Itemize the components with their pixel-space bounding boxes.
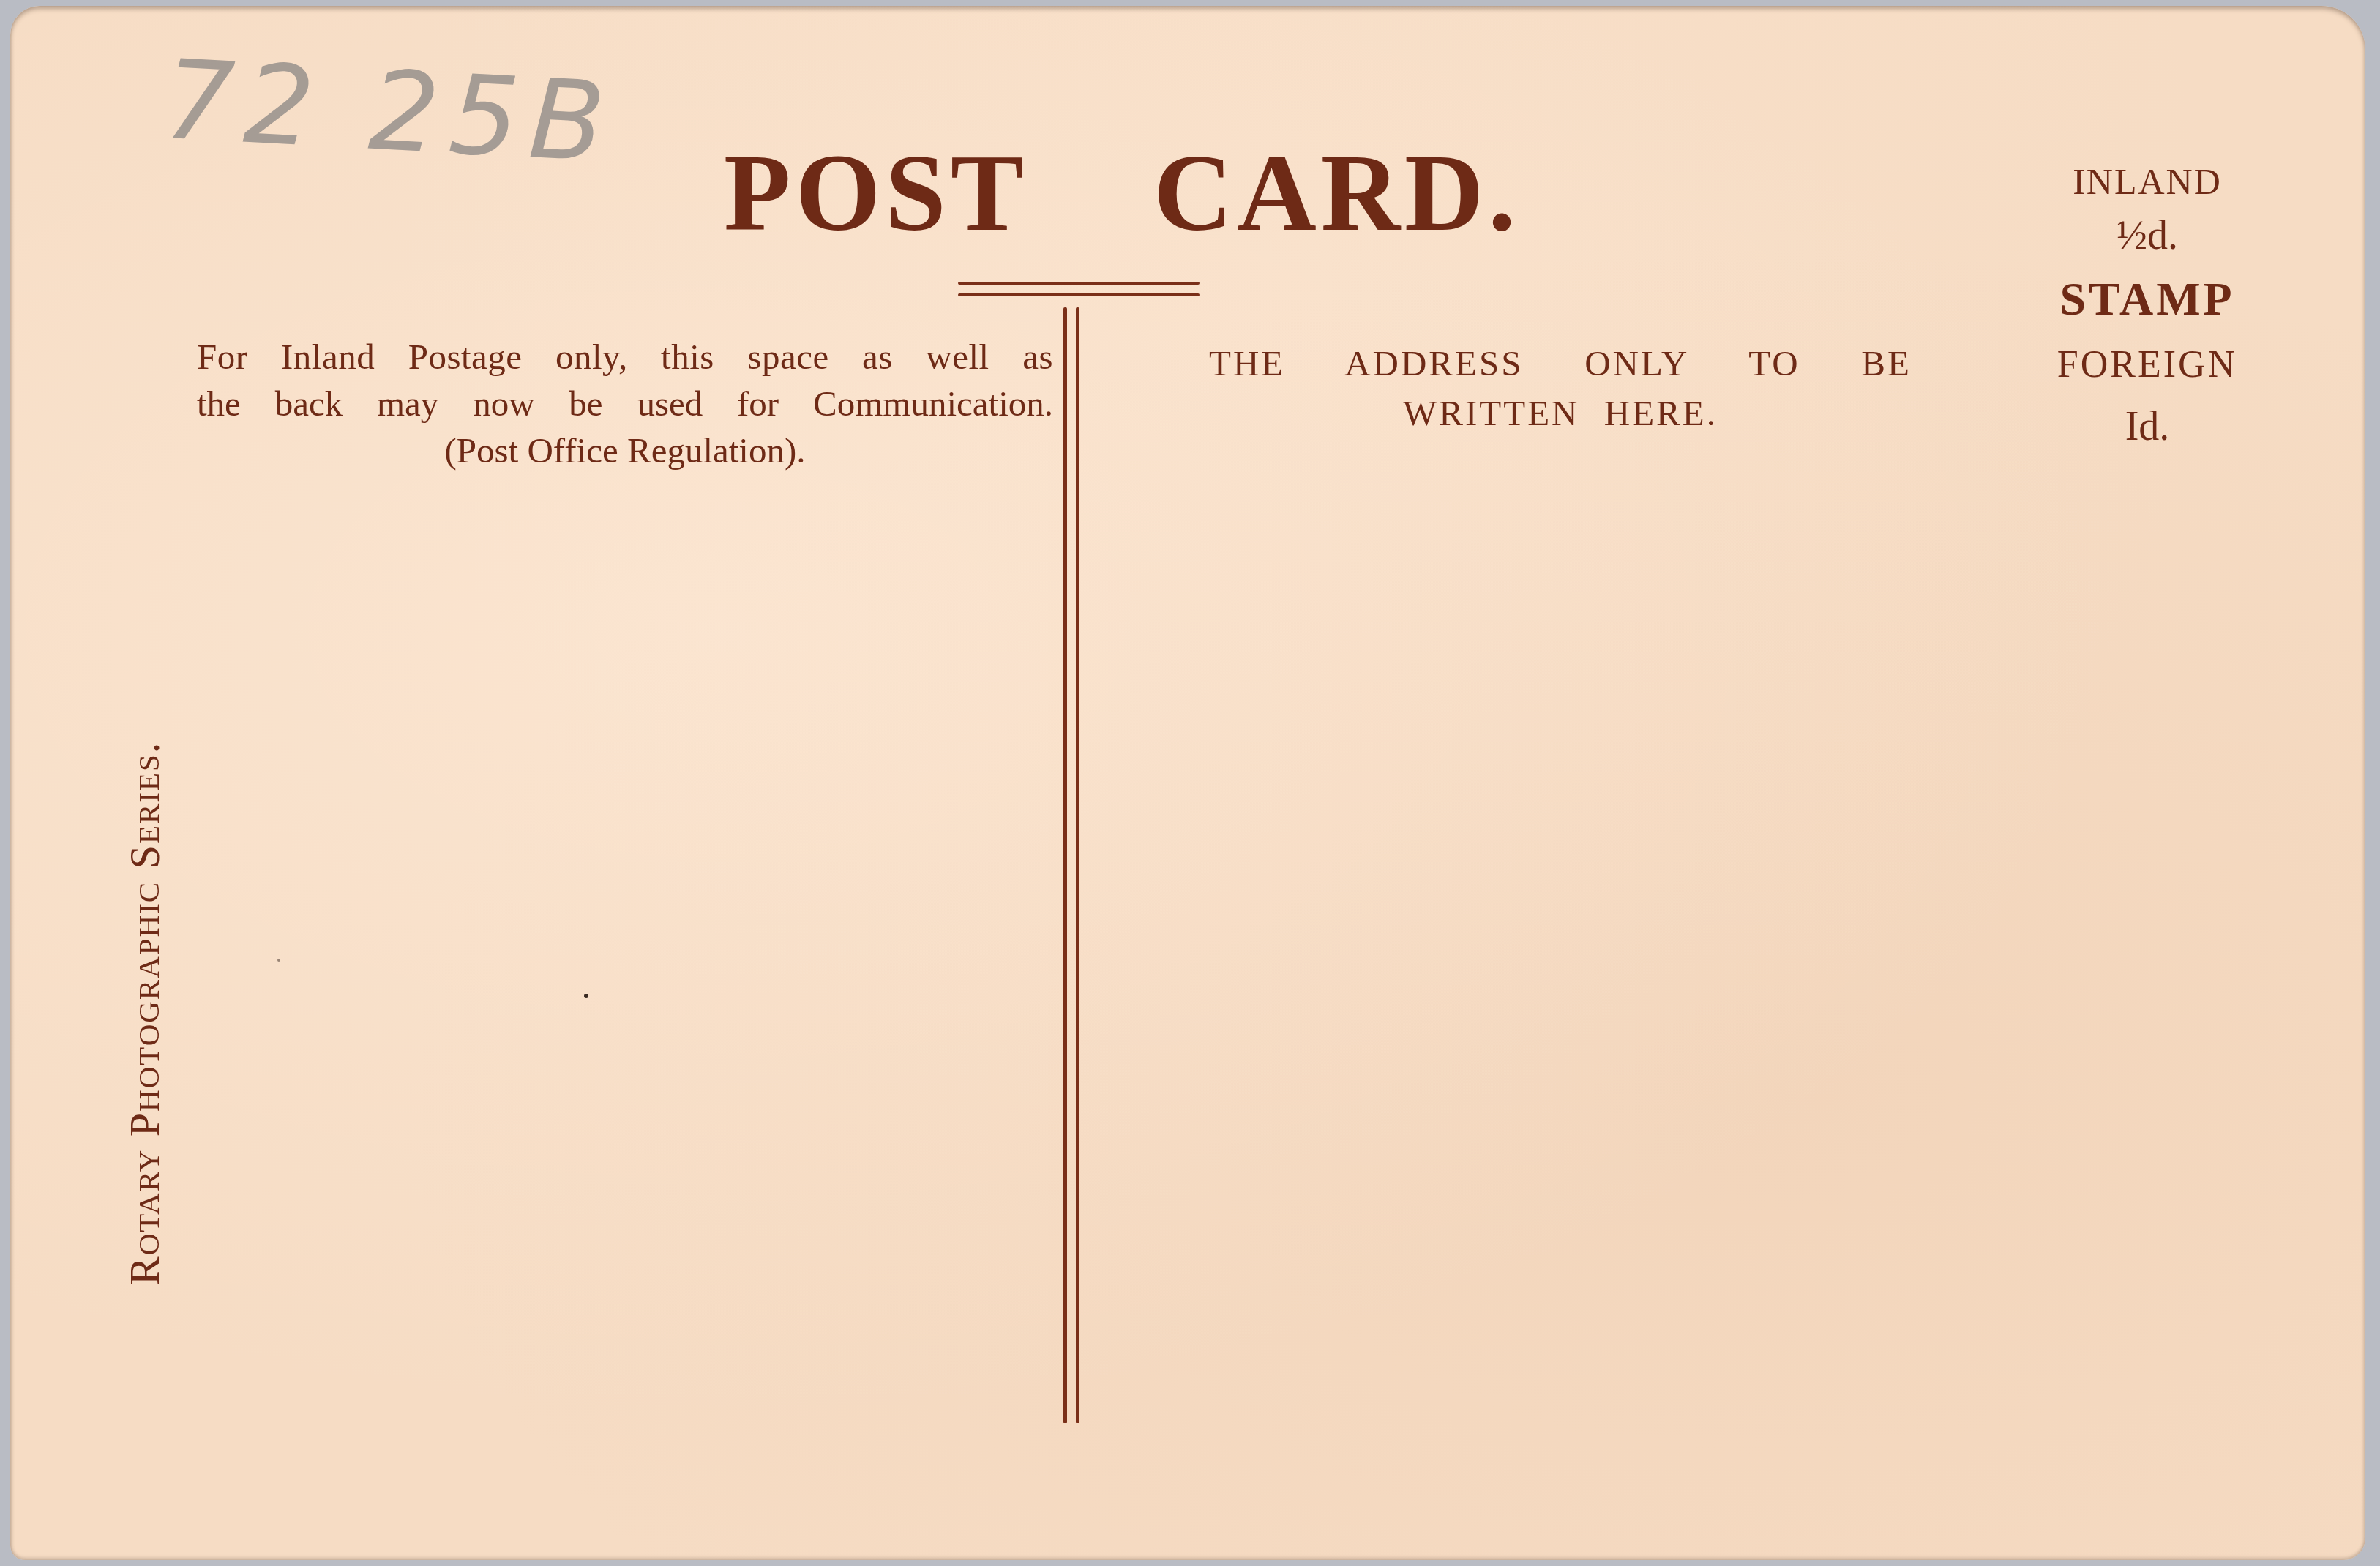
paper-speck <box>277 959 280 962</box>
postcard-back: 72 25B POST CARD. For Inland Postage onl… <box>10 6 2365 1560</box>
stamp-inland-value: ½d. <box>2016 207 2279 264</box>
divider-bottom-rule <box>958 293 1200 296</box>
paper-speck <box>584 994 588 998</box>
communication-notice: For Inland Postage only, this space as w… <box>197 334 1053 474</box>
address-notice-line-2: WRITTEN HERE. <box>1209 389 1912 438</box>
pencil-inventory-note: 72 25B <box>161 37 618 187</box>
communication-notice-line-2: the back may now be used for Communicati… <box>197 381 1053 427</box>
communication-notice-line-1: For Inland Postage only, this space as w… <box>197 334 1053 381</box>
address-notice-line-1: THE ADDRESS ONLY TO BE <box>1209 339 1912 389</box>
divider-top-rule <box>958 282 1200 285</box>
stamp-foreign-value: Id. <box>2016 396 2279 457</box>
stamp-box: INLAND ½d. STAMP FOREIGN Id. <box>2016 156 2279 457</box>
stamp-inland-label: INLAND <box>2016 156 2279 207</box>
publisher-series-label: Rotary Photographic Series. <box>120 487 169 1285</box>
center-divider-left-line <box>1063 307 1067 1423</box>
center-divider-right-line <box>1076 307 1079 1423</box>
stamp-label: STAMP <box>2016 264 2279 334</box>
communication-notice-line-3: (Post Office Regulation). <box>197 427 1053 474</box>
address-notice: THE ADDRESS ONLY TO BE WRITTEN HERE. <box>1209 339 1912 438</box>
postcard-title: POST CARD. <box>724 130 1463 256</box>
stamp-foreign-label: FOREIGN <box>2016 334 2279 396</box>
